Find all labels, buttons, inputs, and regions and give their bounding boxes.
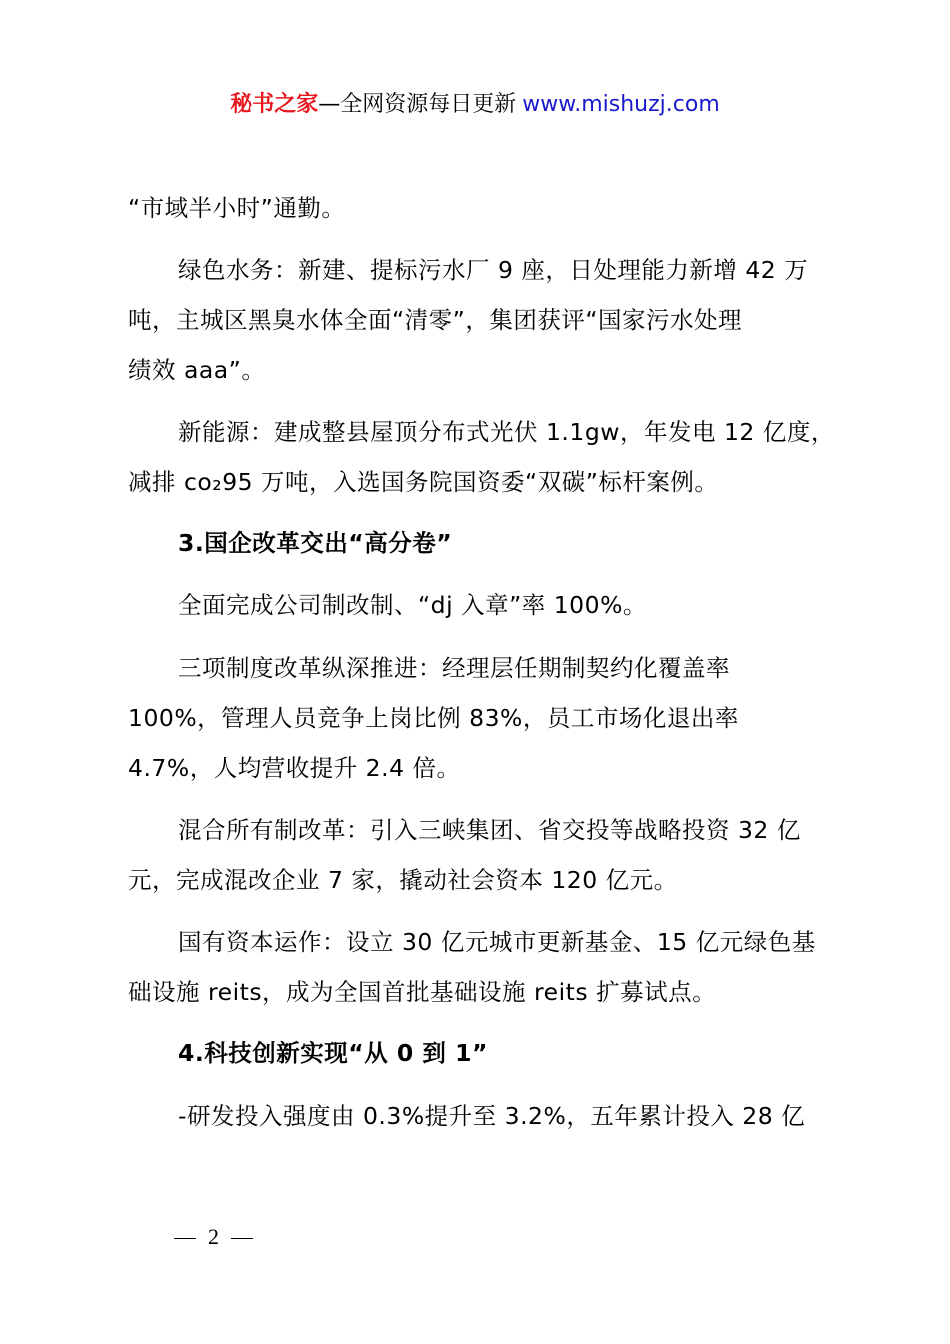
text-line: 4.7%，人均营收提升 2.4 倍。 [128, 743, 838, 793]
text-line: -研发投入强度由 0.3%提升至 3.2%，五年累计投入 28 亿 [128, 1091, 838, 1141]
paragraph-three-systems-reform: 三项制度改革纵深推进：经理层任期制契约化覆盖率 100%，管理人员竞争上岗比例 … [128, 643, 838, 793]
paragraph-new-energy: 新能源：建成整县屋顶分布式光伏 1.1gw，年发电 12 亿度， 减排 co₂9… [128, 407, 838, 507]
section-heading-4: 4.科技创新实现“从 0 到 1” [128, 1028, 838, 1078]
dash-divider [231, 1238, 253, 1239]
text-line: 全面完成公司制改制、“dj 入章”率 100%。 [128, 580, 838, 630]
paragraph-rd-investment: -研发投入强度由 0.3%提升至 3.2%，五年累计投入 28 亿 [128, 1091, 838, 1141]
dash-divider [174, 1238, 196, 1239]
text-line: 新能源：建成整县屋顶分布式光伏 1.1gw，年发电 12 亿度， [128, 407, 838, 457]
heading-text: 3.国企改革交出“高分卷” [128, 518, 838, 568]
page-number: 2 [208, 1224, 219, 1249]
page-number-footer: 2 [162, 1222, 265, 1252]
paragraph-mixed-ownership: 混合所有制改革：引入三峡集团、省交投等战略投资 32 亿 元，完成混改企业 7 … [128, 805, 838, 905]
page-header: 秘书之家—全网资源每日更新www.mishuzj.com [0, 88, 950, 122]
text-line: 元，完成混改企业 7 家，撬动社会资本 120 亿元。 [128, 855, 838, 905]
text-line: 三项制度改革纵深推进：经理层任期制契约化覆盖率 [128, 643, 838, 693]
text-line: 100%，管理人员竞争上岗比例 83%，员工市场化退出率 [128, 693, 838, 743]
section-heading-3: 3.国企改革交出“高分卷” [128, 518, 838, 568]
text-line: 础设施 reits，成为全国首批基础设施 reits 扩募试点。 [128, 967, 838, 1017]
paragraph-corporate-reform: 全面完成公司制改制、“dj 入章”率 100%。 [128, 580, 838, 630]
text-line: 减排 co₂95 万吨，入选国务院国资委“双碳”标杆案例。 [128, 457, 838, 507]
text-line: “市域半小时”通勤。 [128, 183, 838, 233]
document-page: 秘书之家—全网资源每日更新www.mishuzj.com “市域半小时”通勤。 … [0, 0, 950, 1344]
text-line: 吨，主城区黑臭水体全面“清零”，集团获评“国家污水处理 [128, 295, 838, 345]
text-line: 绩效 aaa”。 [128, 345, 838, 395]
header-brand: 秘书之家 [230, 92, 318, 117]
heading-text: 4.科技创新实现“从 0 到 1” [128, 1028, 838, 1078]
header-url-link[interactable]: www.mishuzj.com [522, 92, 719, 117]
text-line: 绿色水务：新建、提标污水厂 9 座，日处理能力新增 42 万 [128, 245, 838, 295]
paragraph-green-water: 绿色水务：新建、提标污水厂 9 座，日处理能力新增 42 万 吨，主城区黑臭水体… [128, 245, 838, 395]
text-line: 国有资本运作：设立 30 亿元城市更新基金、15 亿元绿色基 [128, 917, 838, 967]
paragraph-state-capital: 国有资本运作：设立 30 亿元城市更新基金、15 亿元绿色基 础设施 reits… [128, 917, 838, 1017]
header-slogan: —全网资源每日更新 [318, 92, 516, 117]
text-line: 混合所有制改革：引入三峡集团、省交投等战略投资 32 亿 [128, 805, 838, 855]
paragraph-continuation: “市域半小时”通勤。 [128, 183, 838, 233]
